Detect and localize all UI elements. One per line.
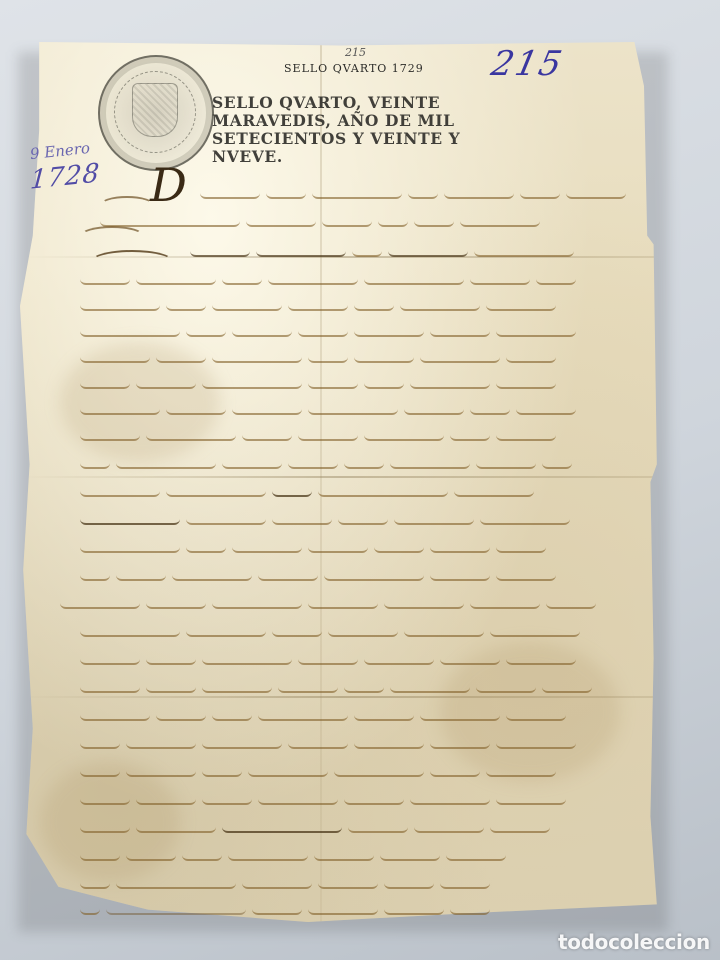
handwritten-line [80,324,640,338]
handwritten-line [80,736,640,750]
handwritten-line [80,512,640,526]
handwritten-line [80,848,640,862]
handwritten-line [80,484,640,498]
handwritten-line [80,876,640,890]
handwritten-line [80,820,640,834]
handwritten-line [80,540,640,554]
handwritten-line [80,376,640,390]
handwritten-line [80,764,640,778]
handwritten-line [80,680,640,694]
handwritten-line [80,624,640,638]
handwritten-line [80,298,640,312]
flourish-mark [80,226,144,246]
handwritten-line [80,568,640,582]
handwritten-line [80,428,640,442]
handwritten-line [80,708,640,722]
handwritten-line [60,596,640,610]
flourish-mark [90,250,174,274]
handwritten-line [80,350,640,364]
handwritten-line [80,792,640,806]
handwritten-line [80,902,580,916]
handwritten-line [80,272,640,286]
handwritten-line [80,456,640,470]
handwritten-line [190,244,650,258]
handwritten-body [0,0,720,960]
handwritten-line [80,652,640,666]
handwritten-line [80,402,640,416]
handwritten-line [100,214,620,228]
handwritten-line [200,186,640,200]
flourish-mark [100,196,154,214]
watermark-logo: todocoleccion [558,930,710,954]
